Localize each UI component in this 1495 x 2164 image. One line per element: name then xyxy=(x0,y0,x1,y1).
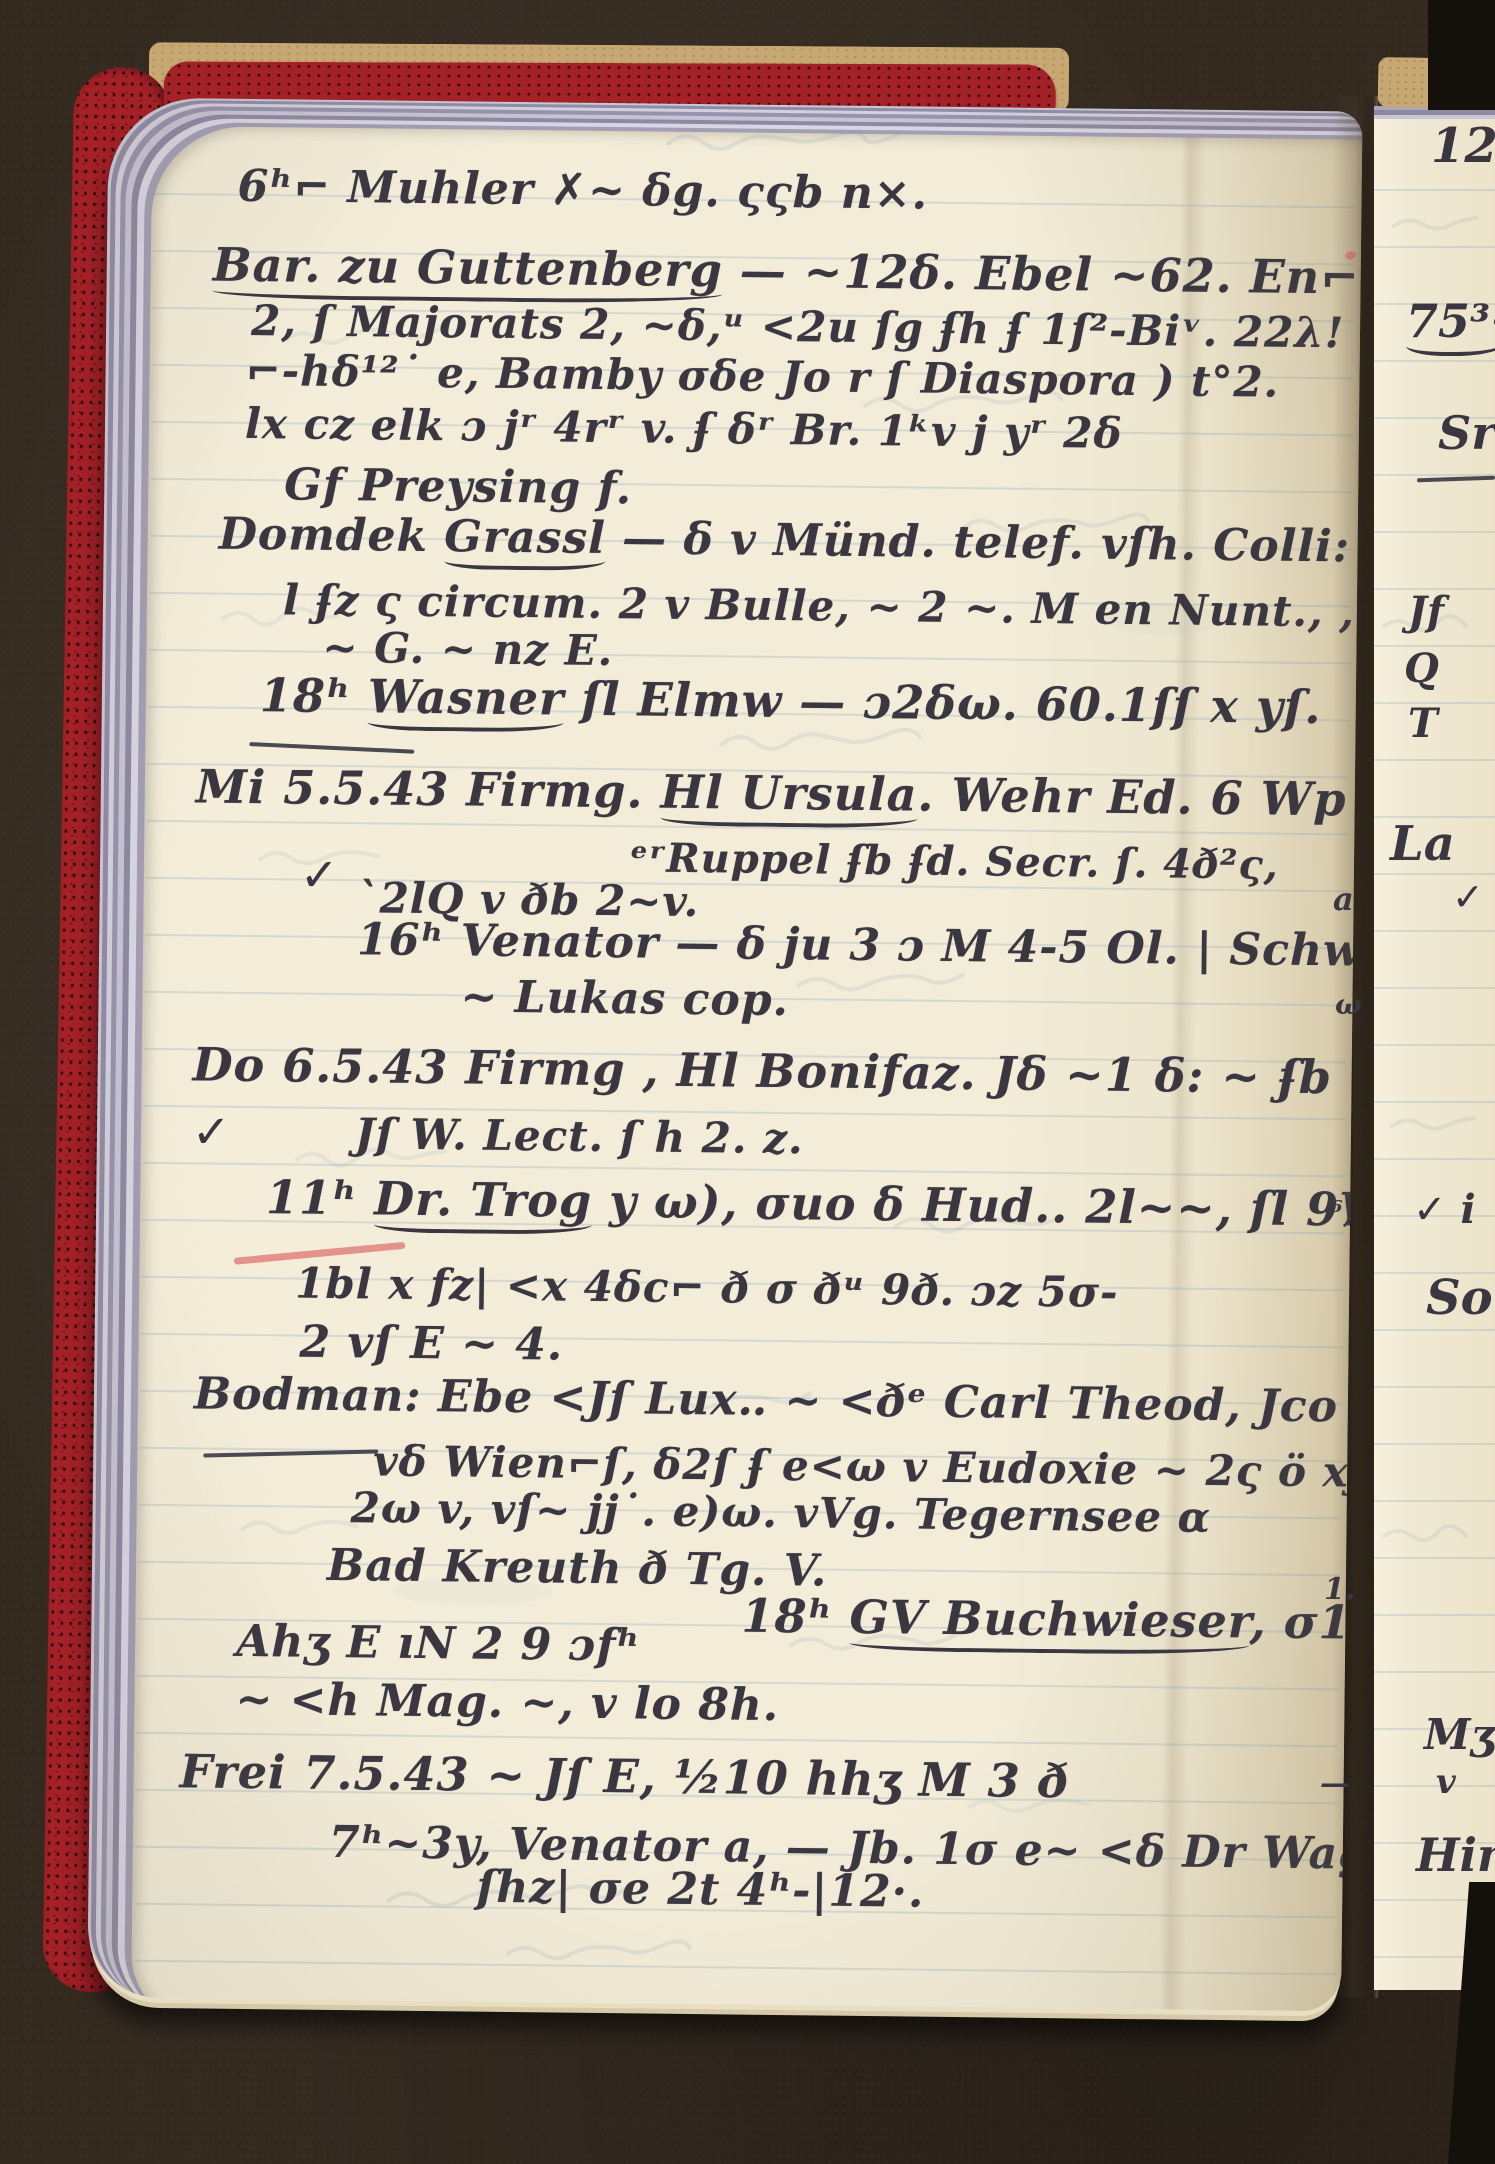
photo-of-open-diary: 6ʰ⌐ Muhler ✗~ δg. ςςb n×.Bar. zu Guttenb… xyxy=(0,0,1495,2164)
facing-page-fragment: So xyxy=(1426,1270,1493,1326)
facing-page-fragment: v xyxy=(1436,1762,1456,1802)
facing-page-fragment: Hin xyxy=(1416,1828,1495,1882)
facing-page-fragment: 12ʰ xyxy=(1431,118,1495,174)
facing-page-fragment: — xyxy=(1320,1766,1350,1801)
ink-underline-stroke xyxy=(1417,476,1495,483)
facing-page-fragments: 12ʰ75³·SrJfQTLa✓aω⁶,✓ iSo1.Mʒv—Hin xyxy=(0,0,1495,2164)
facing-page-fragment: a xyxy=(1333,880,1354,918)
facing-page-fragment: Mʒ xyxy=(1424,1710,1494,1759)
facing-page-fragment: Jf xyxy=(1408,588,1444,635)
facing-page-fragment: 75³· xyxy=(1406,294,1495,356)
facing-page-fragment: ω xyxy=(1335,988,1362,1021)
facing-page-fragment: La xyxy=(1390,816,1455,872)
facing-page-fragment: ⁶, xyxy=(1330,1195,1354,1230)
facing-page-fragment: Sr xyxy=(1438,406,1495,460)
facing-page-fragment: 1. xyxy=(1324,1572,1355,1607)
facing-page-fragment: T xyxy=(1408,700,1438,747)
facing-page-fragment: ✓ i xyxy=(1413,1186,1476,1233)
facing-page-fragment: ✓ xyxy=(1452,874,1484,919)
facing-page-fragment: Q xyxy=(1404,645,1439,692)
